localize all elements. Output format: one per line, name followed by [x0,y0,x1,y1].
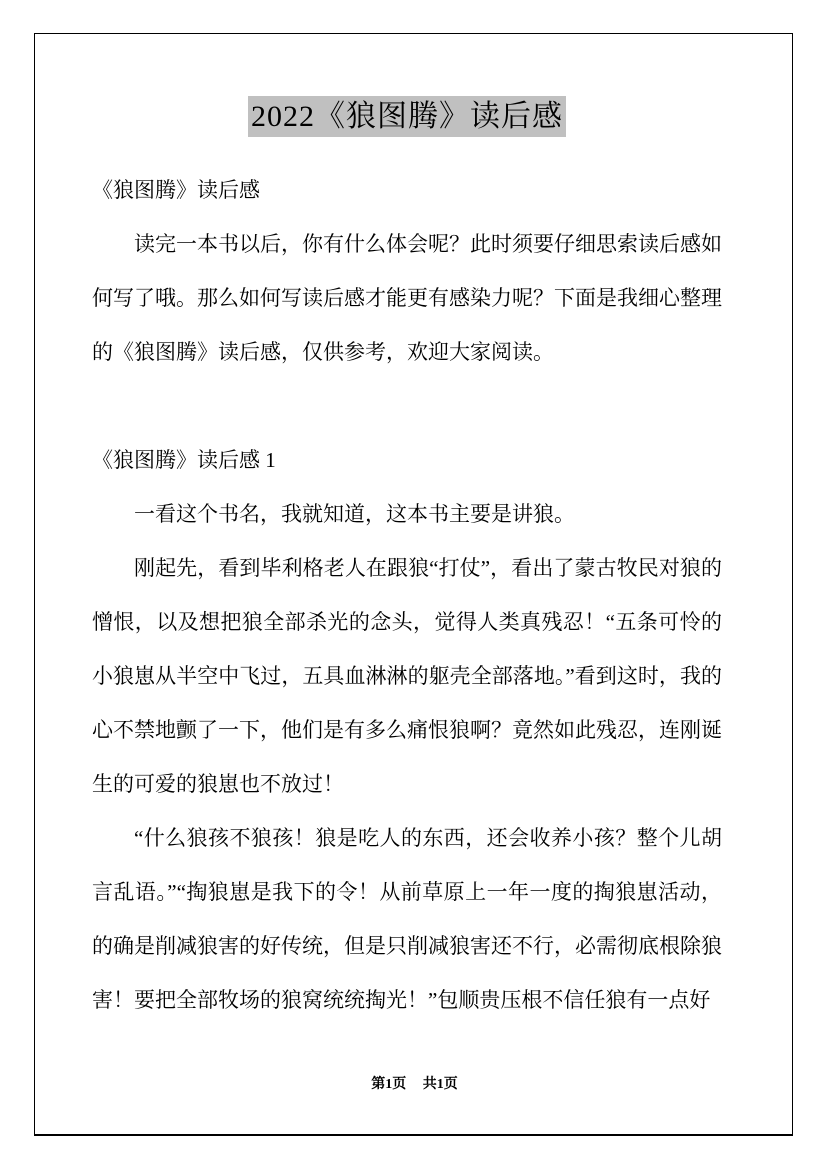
paragraph: 《狼图腾》读后感 1 [92,433,722,487]
paragraph: 刚起先，看到毕利格老人在跟狼“打仗”，看出了蒙古牧民对狼的憎恨，以及想把狼全部杀… [92,541,722,811]
empty-line [92,379,722,433]
document-title-text: 2022《狼图腾》读后感 [248,96,566,137]
document-body: 《狼图腾》读后感读完一本书以后，你有什么体会呢？此时须要仔细思索读后感如何写了哦… [92,163,722,1039]
paragraph: 读完一本书以后，你有什么体会呢？此时须要仔细思索读后感如何写了哦。那么如何写读后… [92,217,722,379]
document-title: 2022《狼图腾》读后感 [92,95,722,144]
paragraph: 一看这个书名，我就知道，这本书主要是讲狼。 [92,487,722,541]
paragraph: 《狼图腾》读后感 [92,163,722,217]
paragraph: “什么狼孩不狼孩！狼是吃人的东西，还会收养小孩？整个儿胡言乱语。”“掏狼崽是我下… [92,811,722,1027]
document-page: 2022《狼图腾》读后感 《狼图腾》读后感读完一本书以后，你有什么体会呢？此时须… [0,0,827,1170]
page-footer: 第1页 共1页 [36,1074,793,1096]
footer-total-pages: 共1页 [423,1074,458,1096]
footer-current-page: 第1页 [371,1074,406,1096]
